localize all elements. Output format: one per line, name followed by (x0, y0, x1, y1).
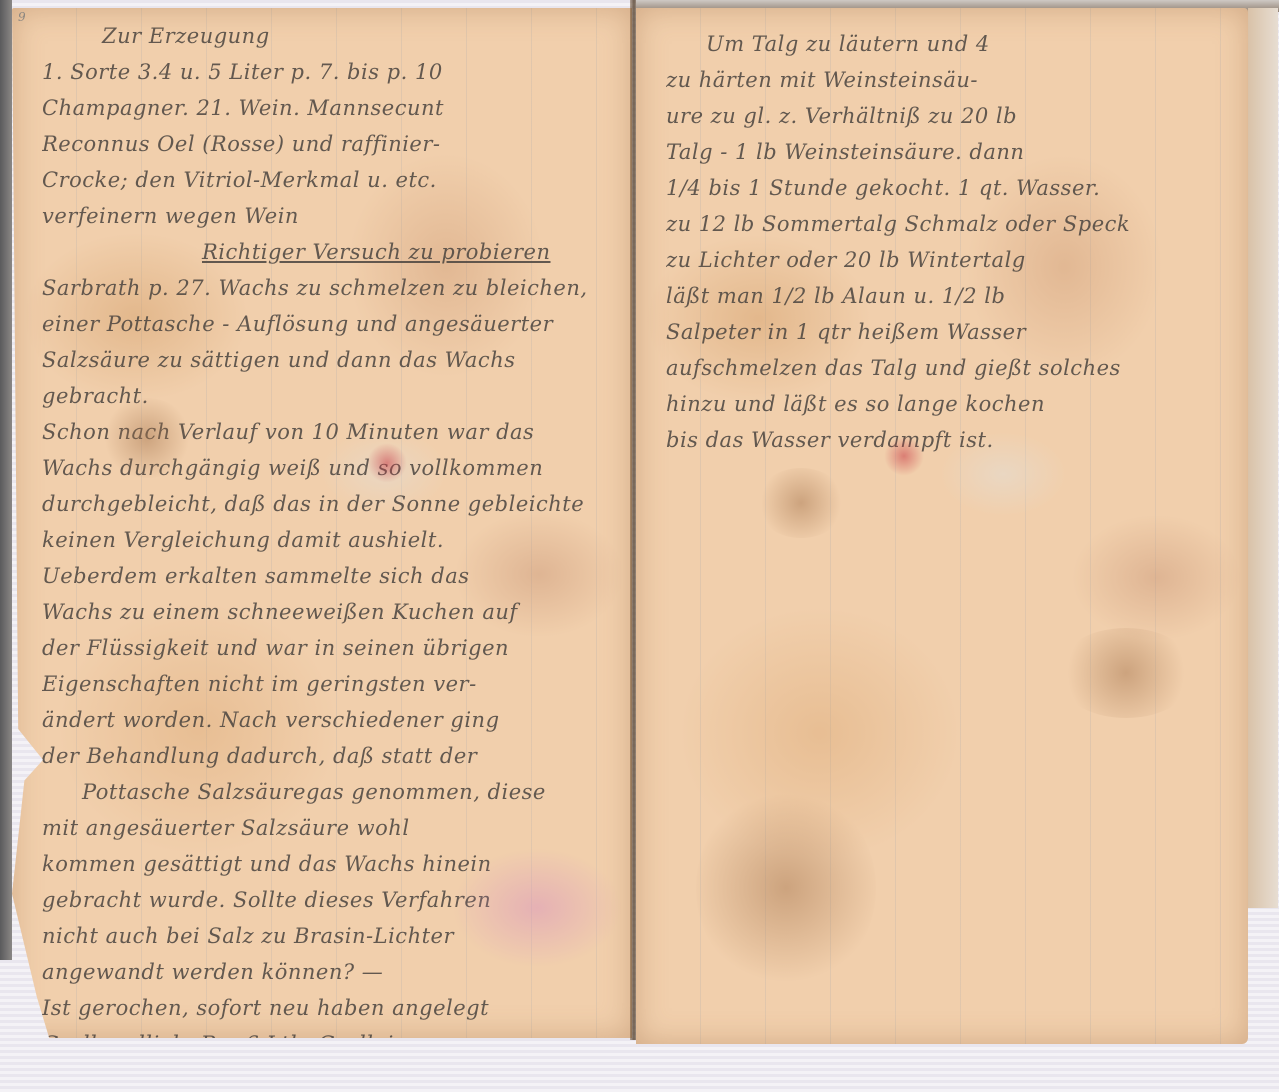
text-line: Pottasche Salzsäuregas genommen, diese (42, 774, 612, 810)
text-line: Ueberdem erkalten sammelte sich das (42, 558, 612, 594)
text-line: ändert worden. Nach verschiedener ging (42, 702, 612, 738)
text-line: mit angesäuerter Salzsäure wohl (42, 810, 612, 846)
text-line: 1. Sorte 3.4 u. 5 Liter p. 7. bis p. 10 (42, 54, 612, 90)
right-page: Um Talg zu läutern und 4 zu härten mit W… (636, 8, 1248, 1044)
text-line: Salzsäure zu sättigen und dann das Wachs (42, 342, 612, 378)
text-line: Sarbrath p. 27. Wachs zu schmelzen zu bl… (42, 270, 612, 306)
page-number: 9 (18, 10, 26, 24)
text-line: einer Pottasche - Auflösung und angesäue… (42, 306, 612, 342)
pink-stain (452, 848, 622, 968)
stain (696, 788, 876, 988)
text-line: Eigenschaften nicht im geringsten ver- (42, 666, 612, 702)
text-line: der Flüssigkeit und war in seinen übrige… (42, 630, 612, 666)
text-line: zu härten mit Weinsteinsäu- (666, 62, 1228, 98)
text-line: Ist gerochen, sofort neu haben angelegt (42, 990, 612, 1026)
text-line: aufschmelzen das Talg und gießt solches (666, 350, 1228, 386)
text-line: läßt man 1/2 lb Alaun u. 1/2 lb (666, 278, 1228, 314)
red-stain (884, 436, 924, 476)
red-stain (367, 443, 407, 483)
text-line: keinen Vergleichung damit aushielt. (42, 522, 612, 558)
text-line: Reconnus Oel (Rosse) und raffinier- (42, 126, 612, 162)
text-line: hinzu und läßt es so lange kochen (666, 386, 1228, 422)
left-page: 9 Zur Erzeugung 1. Sorte 3.4 u. 5 Liter … (12, 8, 632, 1038)
stain (102, 398, 192, 478)
page-heading: Zur Erzeugung (42, 18, 612, 54)
text-line: der Behandlung dadurch, daß statt der (42, 738, 612, 774)
notebook-spread: 9 Zur Erzeugung 1. Sorte 3.4 u. 5 Liter … (0, 0, 1279, 1092)
text-line: 1/4 bis 1 Stunde gekocht. 1 qt. Wasser. (666, 170, 1228, 206)
right-page-text: Um Talg zu läutern und 4 zu härten mit W… (666, 26, 1228, 458)
text-line: Crocke; den Vitriol-Merkmal u. etc. (42, 162, 612, 198)
stain (1056, 628, 1196, 718)
text-line: Wachs zu einem schneeweißen Kuchen auf (42, 594, 612, 630)
text-line: zu Lichter oder 20 lb Wintertalg (666, 242, 1228, 278)
text-line: Champagner. 21. Wein. Mannsecunt (42, 90, 612, 126)
text-line: ure zu gl. z. Verhältniß zu 20 lb (666, 98, 1228, 134)
text-line: durchgebleicht, daß das in der Sonne geb… (42, 486, 612, 522)
text-line: Um Talg zu läutern und 4 (666, 26, 1228, 62)
text-line: verfeinern wegen Wein (42, 198, 612, 234)
text-line: 1 qtr Wasser aufgelöst. (42, 1062, 612, 1092)
text-line: Talg - 1 lb Weinsteinsäure. dann (666, 134, 1228, 170)
stain (756, 468, 846, 538)
text-line: bis das Wasser verdampft ist. (666, 422, 1228, 458)
text-line: Gralkundlich: Rp. 6 Lth. Gralk in (42, 1026, 612, 1062)
section-heading: Richtiger Versuch zu probieren (42, 234, 612, 270)
text-line: Salpeter in 1 qtr heißem Wasser (666, 314, 1228, 350)
text-line: zu 12 lb Sommertalg Schmalz oder Speck (666, 206, 1228, 242)
